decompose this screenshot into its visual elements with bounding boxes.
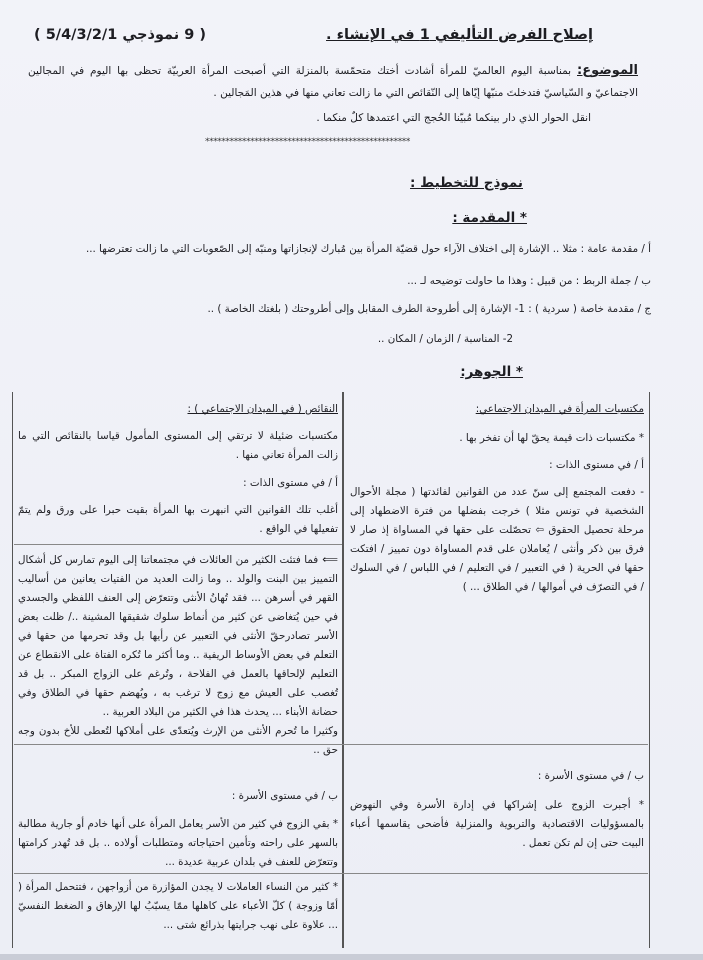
arrow-icon: ⟸ [322, 553, 338, 566]
row-divider [14, 873, 648, 874]
intro-line-link: ب / جملة الربط : من قبيل : وهذا ما حاولت… [407, 275, 651, 287]
shortcomings-family-level: ب / في مستوى الأسرة : [18, 787, 338, 806]
subject-block: الموضوع: بمناسبة اليوم العالميّ للمرأة أ… [28, 60, 638, 104]
shortcomings-family: ب / في مستوى الأسرة : * بقي الزوج في كثي… [18, 787, 338, 872]
title-row: إصلاح الفرض التأليفي 1 في الإنشاء . ( 9 … [34, 27, 593, 49]
achievements-self-text: - دفعت المجتمع إلى سنّ عدد من القوانين ل… [350, 483, 644, 597]
page-title: إصلاح الفرض التأليفي 1 في الإنشاء . [326, 27, 593, 43]
shortcomings-self-level: أ / في مستوى الذات : [18, 474, 338, 493]
body-heading: * الجوهر: [460, 364, 523, 380]
achievements-column: مكتسبات المرأة في الميدان الاجتماعي: * م… [350, 400, 644, 597]
shortcomings-self-details: ⟸فما فتئت الكثير من العائلات في مجتمعاتن… [18, 550, 338, 760]
achievements-self-level: أ / في مستوى الذات : [350, 456, 644, 475]
intro-heading: * المقدمة : [452, 210, 527, 226]
shortcomings-intro: مكتسبات ضئيلة لا ترتقي إلى المستوى المأم… [18, 427, 338, 465]
achievements-family-level: ب / في مستوى الأسرة : [350, 767, 644, 786]
shortcomings-heading: النقائص ( في الميدان الاجتماعي ) : [18, 400, 338, 419]
row-divider [14, 544, 342, 545]
column-divider [342, 392, 344, 948]
achievements-intro: * مكتسبات ذات قيمة يحقّ لها أن تفخر بها … [350, 429, 644, 448]
shortcomings-column: النقائص ( في الميدان الاجتماعي ) : مكتسب… [18, 400, 338, 539]
intro-line-general: أ / مقدمة عامة : مثلا .. الإشارة إلى اخت… [86, 243, 651, 255]
shortcomings-self-text-3: وكثيرا ما تُحرم الأنثى من الإرث ويُتعدّى… [18, 722, 338, 760]
instruction-text: انقل الحوار الذي دار بينكما مُبيّنا الحُ… [316, 112, 591, 124]
models-label: ( 9 نموذجي 5/4/3/2/1 ) [34, 27, 206, 43]
shortcomings-family-text-2: * كثير من النساء العاملات لا يجدن المؤاز… [18, 878, 338, 935]
shortcomings-family-text-1: * بقي الزوج في كثير من الأسر يعامل المرأ… [18, 815, 338, 872]
intro-line-occasion: 2- المناسبة / الزمان / المكان .. [378, 333, 513, 345]
scanned-page: إصلاح الفرض التأليفي 1 في الإنشاء . ( 9 … [0, 0, 703, 960]
row-divider [14, 744, 648, 745]
achievements-family: ب / في مستوى الأسرة : * أجبرت الزوج على … [350, 767, 644, 853]
intro-line-specific: ج / مقدمة خاصة ( سردية ) : 1- الإشارة إل… [208, 303, 651, 315]
subject-text: بمناسبة اليوم العالميّ للمرأة أشادت أختك… [28, 65, 638, 99]
scan-bottom-edge [0, 954, 703, 960]
shortcomings-self-text-1: أغلب تلك القوانين التي انبهرت بها المرأة… [18, 501, 338, 539]
shortcomings-family-2: * كثير من النساء العاملات لا يجدن المؤاز… [18, 878, 338, 935]
plan-heading: نموذج للتخطيط : [410, 175, 523, 191]
achievements-family-text: * أجبرت الزوج على إشراكها في إدارة الأسر… [350, 796, 644, 853]
shortcomings-self-text-2: فما فتئت الكثير من العائلات في مجتمعاتنا… [18, 554, 338, 718]
separator-stars: ****************************************… [205, 137, 410, 147]
achievements-heading: مكتسبات المرأة في الميدان الاجتماعي: [350, 400, 644, 419]
subject-label: الموضوع: [577, 63, 638, 78]
